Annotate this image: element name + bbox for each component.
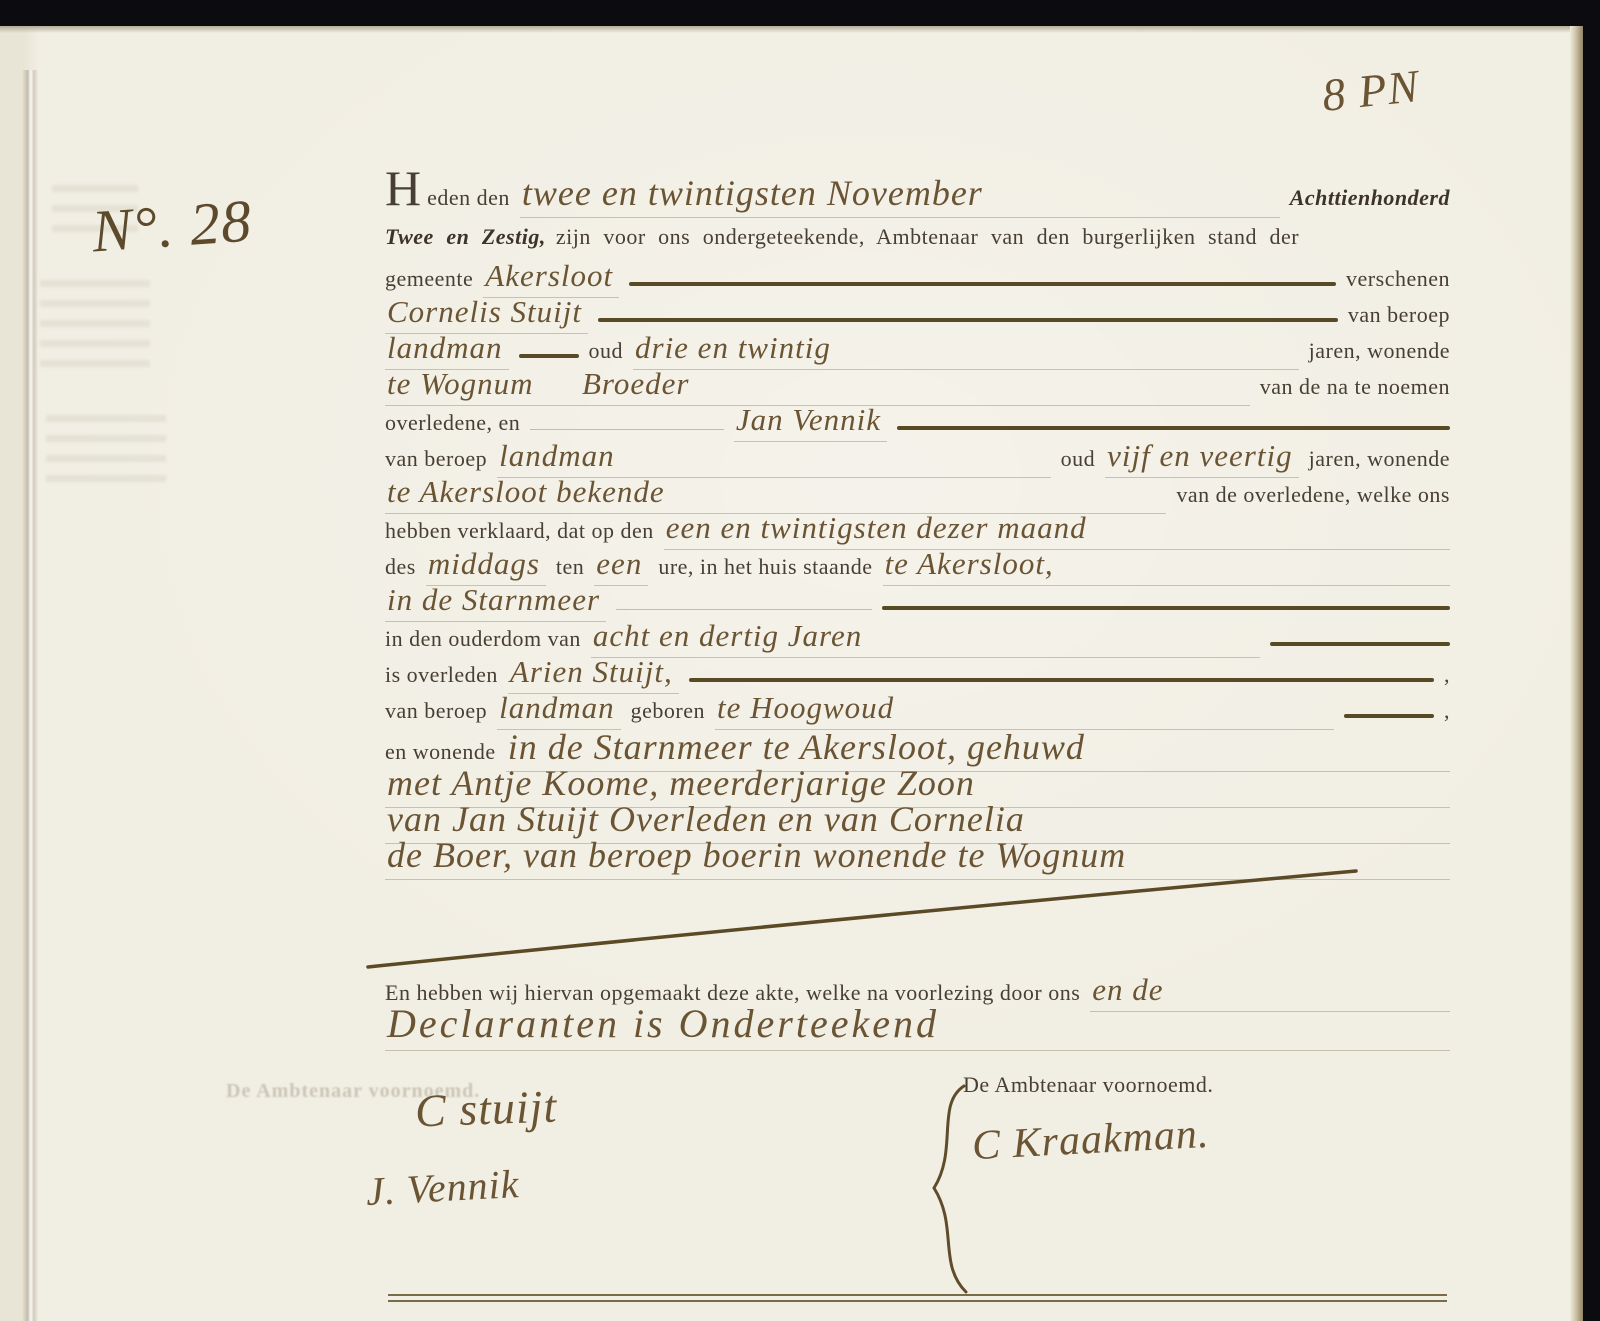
handwritten-entry: Jan Vennik [734,402,887,442]
record-line: gemeenteAkerslootverschenen [385,258,1450,298]
handwritten-entry: te Akersloot bekende [385,474,1166,514]
handwritten-entry: te Akersloot, [883,546,1450,586]
handwritten-entry: drie en twintig [633,330,1299,370]
ink-rule [629,282,1336,286]
ink-rule [1270,642,1450,646]
act-number: N°. 28 [90,187,254,267]
handwritten-entry: de Boer, van beroep boerin wonende te Wo… [385,834,1450,880]
printed-text: ten [556,554,584,580]
printed-text: van de na te noemen [1260,374,1450,400]
record-line: te Akersloot bekendevan de overledene, w… [385,474,1450,514]
printed-text: jaren, wonende [1309,338,1450,364]
printed-text: jaren, wonende [1309,446,1450,472]
printed-text: van beroep [1348,302,1450,328]
handwritten-entry: middags [426,546,546,586]
record-line: desmiddagsteneenure, in het huis staande… [385,546,1450,586]
printed-text: verschenen [1346,266,1450,292]
printed-text: eden den [427,185,510,211]
scan-top-border [0,0,1600,26]
handwritten-entry: te Hoogwoud [715,690,1334,730]
handwritten-entry: Arien Stuijt, [508,654,679,694]
page-top-edge [0,26,1584,33]
printed-text: overledene, en [385,410,520,436]
printed-text: des [385,554,416,580]
handwritten-entry: vijf en veertig [1105,438,1298,478]
record-line: Cornelis Stuijtvan beroep [385,294,1450,334]
printed-text: , [1444,662,1450,688]
printed-text: van de overledene, welke ons [1176,482,1450,508]
ink-rule [897,426,1450,430]
ink-rule [519,354,579,358]
record-line: van beroeplandmanoudvijf en veertigjaren… [385,438,1450,478]
ink-rule [598,318,1338,322]
handwritten-entry: twee en twintigsten November [520,172,1280,218]
officer-title: De Ambtenaar voornoemd. [963,1072,1213,1098]
archive-annotation: 8 PN [1319,59,1421,122]
blank-rule [530,429,724,430]
record-line: in den ouderdom vanacht en dertig Jaren [385,618,1450,658]
handwritten-entry: Declaranten is Onderteekend [385,1000,1450,1051]
printed-text: oud [589,338,624,364]
witness-signature-1: C stuijt [414,1080,558,1138]
printed-text: in den ouderdom van [385,626,581,652]
record-line: Heden dentwee en twintigsten NovemberAch… [385,172,1450,218]
bottom-rule [388,1294,1447,1302]
printed-text: oud [1061,446,1096,472]
page-crease [22,70,38,1321]
record-line: landmanouddrie en twintigjaren, wonende [385,330,1450,370]
handwritten-entry: Akersloot [483,258,619,298]
record-line: de Boer, van beroep boerin wonende te Wo… [385,834,1450,880]
ink-rule [1344,714,1434,718]
record-line: te Wognum Broedervan de na te noemen [385,366,1450,406]
printed-text: zijn voor ons ondergeteekende, Ambtenaar… [556,224,1299,250]
handwritten-entry: acht en dertig Jaren [591,618,1260,658]
handwritten-entry: een [594,546,648,586]
printed-text-bold: Twee en Zestig, [385,224,546,250]
handwritten-entry: landman [385,330,509,370]
bleed-through-text [46,415,166,485]
page-right-edge [1570,26,1584,1321]
scanned-death-record: { "meta": { "act_number": "N°. 28", "cor… [0,0,1600,1321]
printed-text: , [1444,698,1450,724]
printed-text: hebben verklaard, dat op den [385,518,654,544]
record-line: overledene, enJan Vennik [385,402,1450,442]
printed-text: geboren [631,698,705,724]
handwritten-entry: te Wognum Broeder [385,366,1250,406]
record-line: van beroeplandmangeborente Hoogwoud, [385,690,1450,730]
record-line: Declaranten is Onderteekend [385,1000,1450,1051]
record-line: hebben verklaard, dat op deneen en twint… [385,510,1450,550]
printed-text: gemeente [385,266,473,292]
handwritten-entry: Cornelis Stuijt [385,294,588,334]
handwritten-entry: landman [497,690,621,730]
scan-right-border [1583,0,1600,1321]
printed-text: ure, in het huis staande [658,554,872,580]
bleed-through-text [40,280,150,370]
printed-text: van beroep [385,446,487,472]
ink-rule [689,678,1434,682]
handwritten-entry: een en twintigsten dezer maand [664,510,1450,550]
printed-text: is overleden [385,662,498,688]
witness-signature-2: J. Vennik [365,1160,521,1215]
handwritten-entry: landman [497,438,1051,478]
record-line: Twee en Zestig,zijn voor ons ondergeteek… [385,224,1450,250]
record-line: is overledenArien Stuijt,, [385,654,1450,694]
handwritten-entry: in de Starnmeer [385,582,606,622]
blank-rule [616,609,872,610]
ink-rule [882,606,1450,610]
printed-text: van beroep [385,698,487,724]
printed-text-bold: Achttienhonderd [1290,185,1450,211]
record-line: in de Starnmeer [385,582,1450,622]
